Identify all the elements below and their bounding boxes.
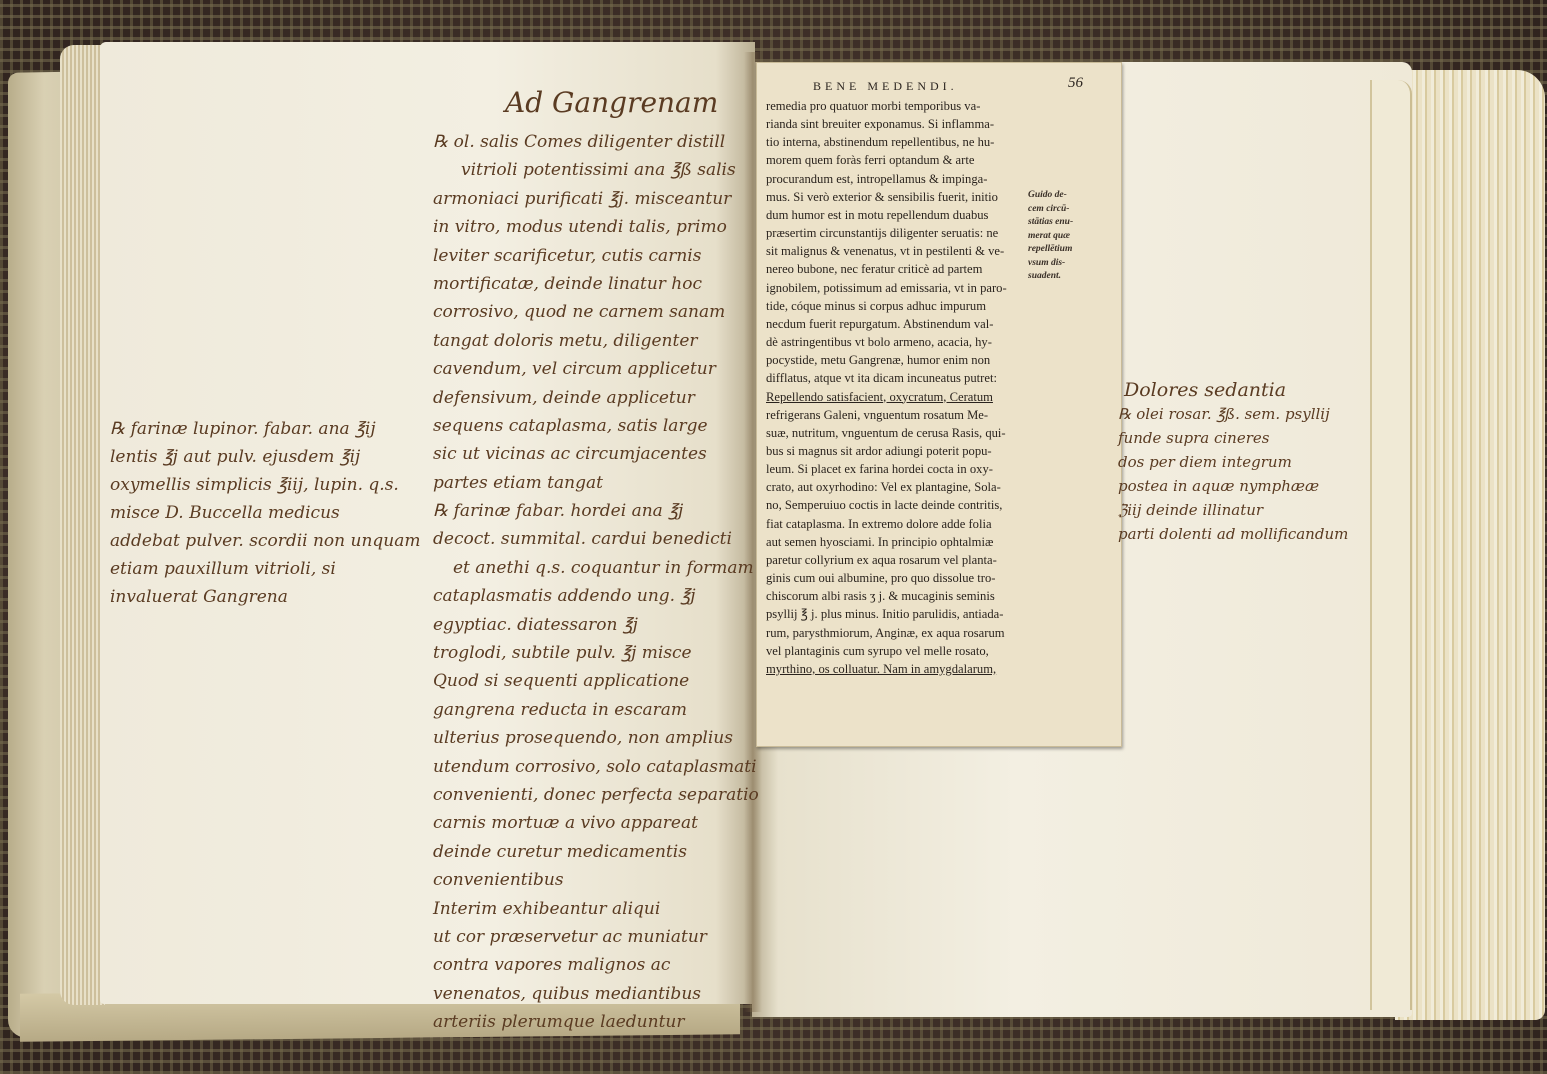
marginal-note-line: Guido de-	[1028, 189, 1118, 203]
manuscript-line: misce D. Buccella medicus	[110, 499, 421, 527]
manuscript-line: ℨiij deinde illinatur	[1118, 498, 1348, 522]
manuscript-line: convenienti, donec perfecta separatio	[433, 781, 759, 809]
manuscript-line: ℞ farinæ lupinor. fabar. ana ℥ij	[110, 415, 421, 443]
manuscript-line: armoniaci purificati ℥j. misceantur	[433, 185, 759, 213]
manuscript-line: venenatos, quibus mediantibus	[433, 980, 759, 1008]
manuscript-line: Quod si sequenti applicatione	[433, 667, 759, 695]
printed-line: psyllij ℥ j. plus minus. Initio parulidi…	[766, 605, 1024, 623]
manuscript-line: tangat doloris metu, diligenter	[433, 327, 759, 355]
manuscript-line: cataplasmatis addendo ung. ℥j	[433, 582, 759, 610]
manuscript-line: sequens cataplasma, satis large	[433, 412, 759, 440]
printed-line: sit malignus & venenatus, vt in pestilen…	[766, 242, 1024, 260]
manuscript-line: dos per diem integrum	[1118, 450, 1348, 474]
marginal-note-line: stātias enu-	[1028, 216, 1118, 230]
printed-line: leum. Si placet ex farina hordei cocta i…	[766, 460, 1024, 478]
manuscript-line: partes etiam tangat	[433, 469, 759, 497]
marginal-note-line: cem circū-	[1028, 203, 1118, 217]
printed-line: remedia pro quatuor morbi temporibus va-	[766, 97, 1024, 115]
printed-line: præsertim circunstantijs diligenter seru…	[766, 224, 1024, 242]
printed-line: tio interna, abstinendum repellentibus, …	[766, 133, 1024, 151]
manuscript-right-note: Dolores sedantia ℞ olei rosar. ℥ß. sem. …	[1118, 378, 1348, 546]
printed-line: vel plantaginis cum syrupo vel melle ros…	[766, 642, 1024, 660]
manuscript-line: defensivum, deinde applicetur	[433, 384, 759, 412]
printed-line: no, Semperuiuo coctis in lacte deinde co…	[766, 496, 1024, 514]
manuscript-line: parti dolenti ad mollificandum	[1118, 522, 1348, 546]
printed-text-block: remedia pro quatuor morbi temporibus va-…	[766, 97, 1024, 678]
manuscript-line: postea in aquæ nymphææ	[1118, 474, 1348, 498]
page-number: 56	[1068, 75, 1083, 92]
printed-line: dè astringentibus vt bolo armeno, acacia…	[766, 333, 1024, 351]
manuscript-line: mortificatæ, deinde linatur hoc	[433, 270, 759, 298]
manuscript-line: oxymellis simplicis ℥iij, lupin. q.s.	[110, 471, 421, 499]
open-book: Ad Gangrenam ℞ ol. salis Comes diligente…	[0, 0, 1547, 1074]
printed-line: myrthino, os colluatur. Nam in amygdalar…	[766, 660, 1024, 678]
marginal-note-line: merat quæ	[1028, 230, 1118, 244]
printed-line: ginis cum oui albumine, pro quo dissolue…	[766, 569, 1024, 587]
manuscript-line: ℞ ol. salis Comes diligenter distill	[433, 128, 759, 156]
manuscript-line: carnis mortuæ a vivo appareat	[433, 809, 759, 837]
manuscript-line: Interim exhibeantur aliqui	[433, 895, 759, 923]
printed-line: suæ, nutritum, vnguentum de cerusa Rasis…	[766, 424, 1024, 442]
printed-line: dum humor est in motu repellendum duabus	[766, 206, 1024, 224]
manuscript-title: Ad Gangrenam	[505, 86, 718, 119]
marginal-note-line: suadent.	[1028, 270, 1118, 284]
manuscript-line: contra vapores malignos ac	[433, 951, 759, 979]
printed-leaf: BENE MEDENDI. 56 remedia pro quatuor mor…	[756, 62, 1122, 747]
printed-marginal-note: Guido de- cem circū- stātias enu- merat …	[1028, 189, 1118, 284]
manuscript-line: corrosivo, quod ne carnem sanam	[433, 298, 759, 326]
manuscript-line: ℞ farinæ fabar. hordei ana ℥j	[433, 497, 759, 525]
printed-line: tide, cóque minus si corpus adhuc impuru…	[766, 297, 1024, 315]
marginal-note-line: vsum dis-	[1028, 257, 1118, 271]
manuscript-line: etiam pauxillum vitrioli, si	[110, 555, 421, 583]
printed-line: necdum fuerit repurgatum. Abstinendum va…	[766, 315, 1024, 333]
marginal-note-line: repellētium	[1028, 243, 1118, 257]
manuscript-line: Dolores sedantia	[1118, 378, 1348, 402]
printed-line: paretur collyrium ex aqua rosarum vel pl…	[766, 551, 1024, 569]
manuscript-line: convenientibus	[433, 866, 759, 894]
manuscript-line: vitrioli potentissimi ana ℥ß salis	[433, 156, 759, 184]
manuscript-line: gangrena reducta in escaram	[433, 696, 759, 724]
manuscript-line: ut cor præservetur ac muniatur	[433, 923, 759, 951]
manuscript-line: troglodi, subtile pulv. ℥j misce	[433, 639, 759, 667]
manuscript-line: invaluerat Gangrena	[110, 583, 421, 611]
printed-line: pocystide, metu Gangrenæ, humor enim non	[766, 351, 1024, 369]
manuscript-line: addebat pulver. scordii non unquam	[110, 527, 421, 555]
manuscript-line: arteriis plerumque laeduntur	[433, 1008, 759, 1036]
printed-line: bus si magnus sit ardor adiungi poterit …	[766, 442, 1024, 460]
manuscript-line: deinde curetur medicamentis	[433, 838, 759, 866]
printed-line: morem quem foràs ferri optandum & arte	[766, 151, 1024, 169]
manuscript-left-margin: ℞ farinæ lupinor. fabar. ana ℥ij lentis …	[110, 415, 421, 611]
manuscript-line: ℞ olei rosar. ℥ß. sem. psyllij	[1118, 402, 1348, 426]
printed-line: difflatus, atque vt ita dicam incuneatus…	[766, 369, 1024, 387]
printed-line: rianda sint breuiter exponamus. Si infla…	[766, 115, 1024, 133]
page-fore-edge	[1370, 80, 1412, 1010]
manuscript-line: funde supra cineres	[1118, 426, 1348, 450]
manuscript-line: et anethi q.s. coquantur in formam	[433, 554, 759, 582]
manuscript-line: lentis ℥j aut pulv. ejusdem ℥ij	[110, 443, 421, 471]
right-page-block-edges	[1395, 70, 1545, 1020]
printed-line: aut semen hyosciami. In principio ophtal…	[766, 533, 1024, 551]
manuscript-line: decoct. summital. cardui benedicti	[433, 525, 759, 553]
left-page-block-edges	[60, 45, 105, 1005]
printed-line: refrigerans Galeni, vnguentum rosatum Me…	[766, 406, 1024, 424]
manuscript-line: utendum corrosivo, solo cataplasmati	[433, 753, 759, 781]
printed-line: crato, aut oxyrhodino: Vel ex plantagine…	[766, 478, 1024, 496]
manuscript-line: egyptiac. diatessaron ℥j	[433, 611, 759, 639]
printed-line: nereo bubone, nec feratur criticè ad par…	[766, 260, 1024, 278]
manuscript-line: ulterius prosequendo, non amplius	[433, 724, 759, 752]
printed-line: procurandum est, intropellamus & impinga…	[766, 170, 1024, 188]
manuscript-line: in vitro, modus utendi talis, primo	[433, 213, 759, 241]
manuscript-line: leviter scarificetur, cutis carnis	[433, 242, 759, 270]
printed-line: fiat cataplasma. In extremo dolore adde …	[766, 515, 1024, 533]
printed-line: chiscorum albi rasis ʒ j. & mucaginis se…	[766, 587, 1024, 605]
printed-line: Repellendo satisfacient, oxycratum, Cera…	[766, 388, 1024, 406]
printed-line: ignobilem, potissimum ad emissaria, vt i…	[766, 279, 1024, 297]
printed-line: rum, parysthmiorum, Anginæ, ex aqua rosa…	[766, 624, 1024, 642]
manuscript-line: sic ut vicinas ac circumjacentes	[433, 440, 759, 468]
manuscript-main-column: ℞ ol. salis Comes diligenter distill vit…	[433, 128, 759, 1037]
manuscript-line: cavendum, vel circum applicetur	[433, 355, 759, 383]
printed-line: mus. Si verò exterior & sensibilis fueri…	[766, 188, 1024, 206]
